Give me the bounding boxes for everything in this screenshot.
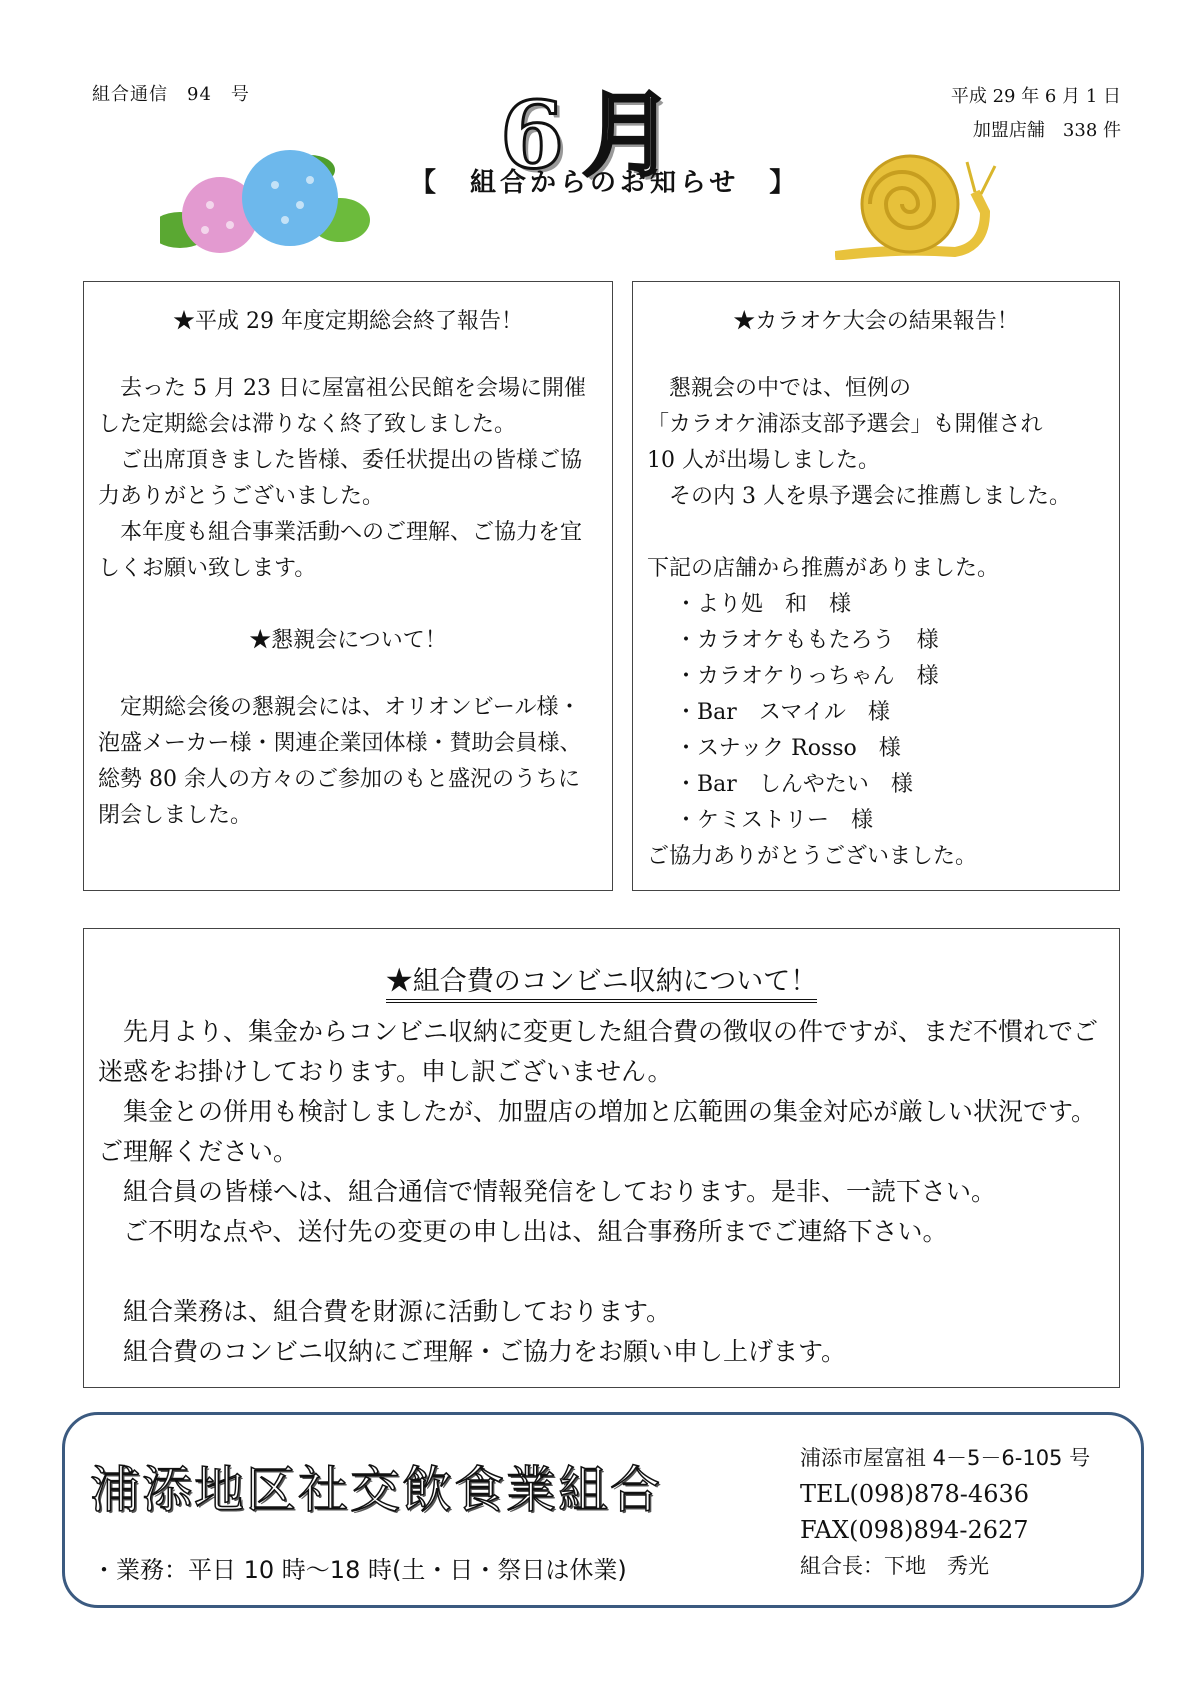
list-item: カラオケりっちゃん 様: [675, 659, 1105, 695]
karaoke-closing: ご協力ありがとうございました。: [647, 839, 1105, 875]
karaoke-line: 懇親会の中では、恒例の: [647, 371, 1105, 407]
general-meeting-paragraph: ご出席頂きました皆様、委任状提出の皆様ご協力ありがとうございました。: [98, 443, 598, 515]
general-meeting-paragraph: 去った 5 月 23 日に屋富祖公民館を会場に開催した定期総会は滞りなく終了致し…: [98, 371, 598, 443]
recommending-store-list: より処 和 様 カラオケももたろう 様 カラオケりっちゃん 様 Bar スマイル…: [647, 587, 1105, 839]
payment-title: ★組合費のコンビニ収納について！: [98, 959, 1105, 998]
address: 浦添市屋富祖 4－5－6-105 号: [800, 1440, 1090, 1476]
karaoke-line: その内 3 人を県予選会に推薦しました。: [647, 479, 1105, 515]
list-item: スナック Rosso 様: [675, 731, 1105, 767]
payment-paragraph: 先月より、集金からコンビニ収納に変更した組合費の徴収の件ですが、まだ不慣れでご迷…: [98, 1012, 1105, 1092]
issue-date-block: 平成 29 年 6 月 1 日 加盟店舗 338 件: [951, 80, 1121, 148]
general-meeting-report-box: ★平成 29 年度定期総会終了報告！ 去った 5 月 23 日に屋富祖公民館を会…: [83, 281, 613, 891]
issue-date: 平成 29 年 6 月 1 日: [951, 80, 1121, 114]
list-item: Bar しんやたい 様: [675, 767, 1105, 803]
general-meeting-paragraph: 本年度も組合事業活動へのご理解、ご協力を宜しくお願い致します。: [98, 515, 598, 587]
karaoke-title: ★カラオケ大会の結果報告！: [647, 304, 1105, 335]
social-gathering-paragraph: 定期総会後の懇親会には、オリオンビール様・泡盛メーカー様・関連企業団体様・賛助会…: [98, 690, 598, 834]
store-list-intro: 下記の店舗から推薦がありました。: [647, 551, 1105, 587]
list-item: ケミストリー 様: [675, 803, 1105, 839]
fax: FAX(098)894-2627: [800, 1512, 1090, 1548]
karaoke-line: 「カラオケ浦添支部予選会」も開催され: [647, 407, 1105, 443]
list-item: より処 和 様: [675, 587, 1105, 623]
payment-title-text: ★組合費のコンビニ収納について！: [386, 966, 817, 1003]
business-hours: ・業務：平日 10 時～18 時(土・日・祭日は休業): [92, 1550, 627, 1585]
payment-paragraph: ご不明な点や、送付先の変更の申し出は、組合事務所までご連絡下さい。: [98, 1212, 1105, 1252]
convenience-store-payment-box: ★組合費のコンビニ収納について！ 先月より、集金からコンビニ収納に変更した組合費…: [83, 928, 1120, 1388]
organization-name: 浦添地区社交飲食業組合: [90, 1450, 662, 1522]
snail-illustration: [835, 152, 1005, 260]
list-item: カラオケももたろう 様: [675, 623, 1105, 659]
general-meeting-title: ★平成 29 年度定期総会終了報告！: [98, 304, 598, 335]
payment-paragraph: 集金との併用も検討しましたが、加盟店の増加と広範囲の集金対応が厳しい状況です。ご…: [98, 1092, 1105, 1172]
newsletter-subtitle: 【 組合からのお知らせ 】: [410, 162, 799, 199]
social-gathering-title: ★懇親会について！: [98, 623, 598, 654]
karaoke-report-box: ★カラオケ大会の結果報告！ 懇親会の中では、恒例の 「カラオケ浦添支部予選会」も…: [632, 281, 1120, 891]
payment-closing: 組合業務は、組合費を財源に活動しております。: [98, 1292, 1105, 1332]
payment-closing: 組合費のコンビニ収納にご理解・ご協力をお願い申し上げます。: [98, 1332, 1105, 1372]
hydrangea-illustration: [160, 150, 370, 260]
payment-paragraph: 組合員の皆様へは、組合通信で情報発信をしております。是非、一読下さい。: [98, 1172, 1105, 1212]
member-store-count: 加盟店舗 338 件: [951, 114, 1121, 148]
list-item: Bar スマイル 様: [675, 695, 1105, 731]
contact-block: 浦添市屋富祖 4－5－6-105 号 TEL(098)878-4636 FAX(…: [800, 1440, 1090, 1584]
union-chief: 組合長：下地 秀光: [800, 1548, 1090, 1584]
issue-number: 組合通信 94 号: [92, 80, 250, 106]
telephone: TEL(098)878-4636: [800, 1476, 1090, 1512]
karaoke-line: 10 人が出場しました。: [647, 443, 1105, 479]
